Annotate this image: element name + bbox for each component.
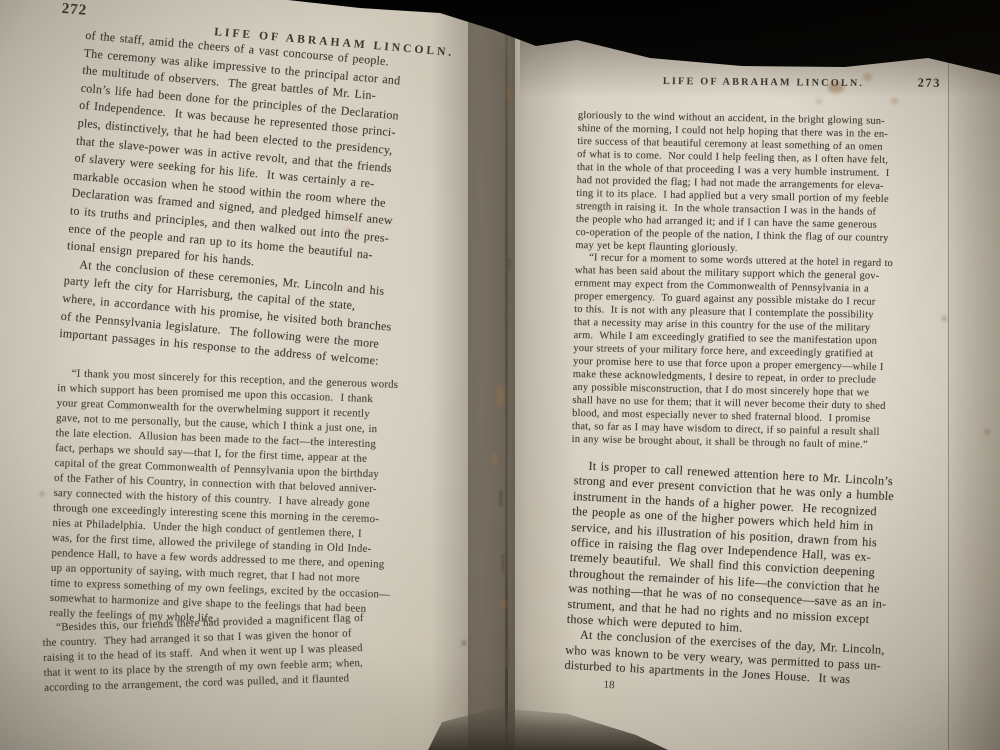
binding-stitch (504, 314, 508, 325)
binding-stitch (505, 646, 509, 667)
gutter-stain (506, 86, 512, 102)
left-page-lower-quote-text: “Besides this, our friends there had pro… (42, 608, 459, 696)
foxing-spot (816, 99, 822, 104)
book-photo: 272 LIFE OF ABRAHAM LINCOLN. of the staf… (0, 0, 1000, 750)
right-page-header: LIFE OF ABRAHAM LINCOLN. 273 (663, 73, 941, 91)
paragraph-quote-flag: “Besides this, our friends there had pro… (42, 608, 459, 696)
gutter-stain (499, 598, 507, 610)
gutter-stain (462, 641, 466, 645)
binding-stitch (501, 554, 505, 573)
left-page-quote-text: “I thank you most sincerely for this rec… (49, 366, 468, 635)
paragraph-ceremony: of the staff, amid the cheers of a vast … (66, 27, 474, 289)
foxing-spot (40, 492, 44, 496)
binding-stitch (499, 490, 503, 507)
right-page-number: 273 (918, 76, 941, 91)
left-page-upper-text: 272 LIFE OF ABRAHAM LINCOLN. of the staf… (59, 6, 477, 376)
binding-stitch (509, 702, 513, 726)
left-page-number: 272 (61, 1, 88, 20)
right-page-body-text: It is proper to call renewed attention h… (563, 458, 958, 708)
foxing-spot (891, 98, 898, 104)
binding-stitch (507, 258, 511, 271)
foxing-spot (985, 430, 989, 434)
gutter-stain (496, 385, 505, 407)
right-gutter-shadow (468, 0, 578, 750)
paragraph-quote-thanks: “I thank you most sincerely for this rec… (49, 366, 468, 635)
right-running-head: LIFE OF ABRAHAM LINCOLN. (663, 76, 864, 89)
paragraph-quote-gloriously: gloriously to the wind without an accide… (575, 110, 958, 260)
book-spine-fold (505, 30, 508, 742)
gutter-stain (491, 452, 498, 467)
right-page-quote-text: gloriously to the wind without an accide… (572, 110, 958, 454)
paragraph-quote-recur: “I recur for a moment to some words utte… (572, 252, 956, 454)
paragraph-conviction: It is proper to call renewed attention h… (566, 458, 958, 647)
